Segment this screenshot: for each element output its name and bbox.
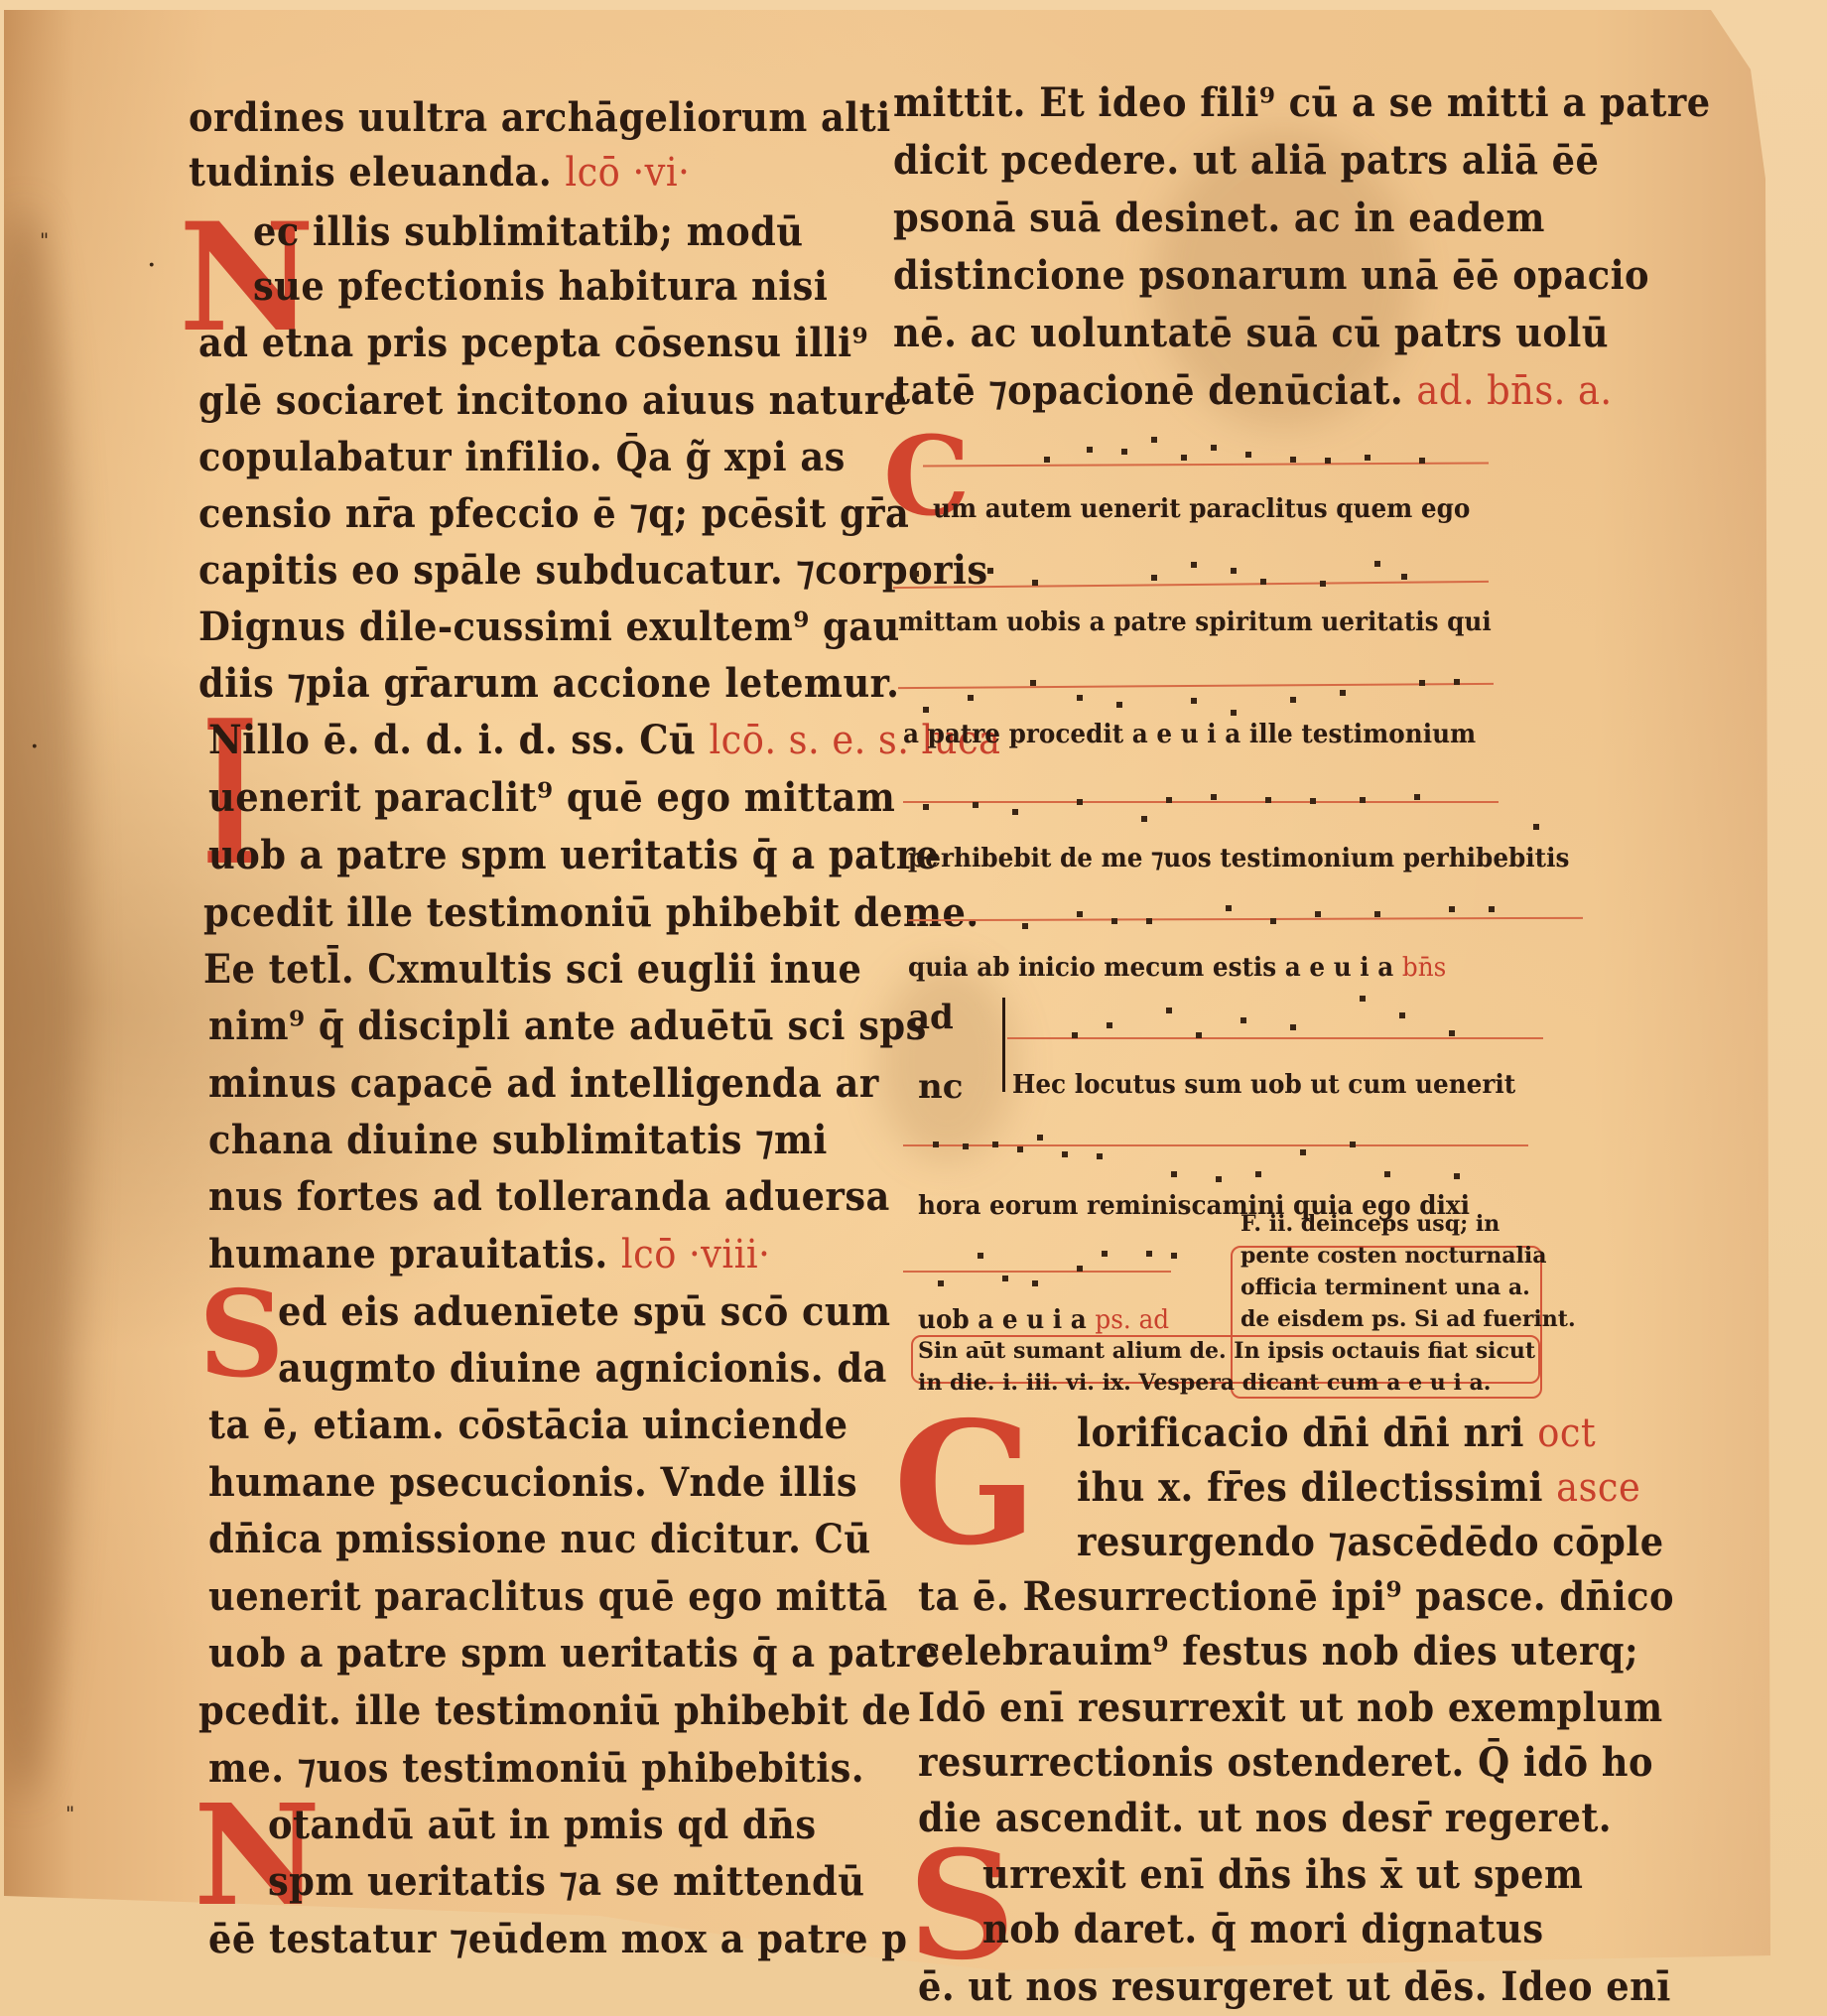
staff-line — [1007, 1037, 1543, 1039]
text-line: celebrauim⁹ festus nob dies uterq; — [918, 1628, 1638, 1675]
text-line: nē. ac uoluntatē suā cū patrs uolū — [893, 310, 1609, 356]
rubric-note-line: de eisdem ps. Si ad fuerint. — [1240, 1306, 1576, 1332]
text-line: humane prauitatis. lcō ·viii· — [208, 1231, 770, 1277]
text-line: tatē ⁊opacionē denūciat. ad. bn̄s. a. — [893, 367, 1613, 414]
margin-rubric: nc — [918, 1067, 963, 1107]
chant-lyric: mittam uobis a patre spiritum ueritatis … — [898, 607, 1492, 637]
text-line: capitis eo spāle subducatur. ⁊corporis — [198, 547, 988, 594]
rubric: lcō ·viii· — [621, 1232, 770, 1277]
margin-mark: " — [65, 1802, 74, 1825]
rubric: oct — [1537, 1411, 1596, 1456]
text-line: ihu x. fr̄es dilectissimi asce — [1077, 1464, 1640, 1511]
staff-line — [903, 801, 1499, 803]
chant-lyric: perhibebit de me ⁊uos testimonium perhib… — [908, 844, 1569, 874]
text-line: augmto diuine agnicionis. da — [278, 1345, 887, 1392]
text-line: sue pfectionis habitura nisi — [253, 263, 828, 310]
chant-lyric: uob a e u i a ps. ad — [918, 1305, 1169, 1335]
rubric: ad. bn̄s. a. — [1416, 368, 1612, 414]
margin-mark: · — [30, 730, 40, 764]
rubric-note-line: F. ii. deinceps usq; in — [1240, 1211, 1500, 1237]
division-bar — [1002, 998, 1005, 1092]
text-line: uenerit paraclitus quē ego mittā — [208, 1573, 888, 1620]
text-line: uob a patre spm ueritatis q̄ a patre — [208, 832, 939, 878]
text-line: diis ⁊pia gr̄arum accione letemur. — [198, 660, 899, 707]
rubric: asce — [1556, 1465, 1640, 1511]
text-line: nim⁹ q̄ discipli ante aduētū sci sps — [208, 1003, 927, 1049]
margin-mark: · — [147, 248, 157, 283]
text-line: ēē testatur ⁊eūdem mox a patre p — [208, 1916, 907, 1962]
text-line: copulabatur infilio. Q̄a g̃ xpi as — [198, 434, 846, 480]
text-line: minus capacē ad intelligenda ar — [208, 1060, 879, 1107]
rubric: bn̄s — [1402, 953, 1446, 983]
text-line: ordines uultra archāgeliorum alti — [189, 94, 891, 141]
text-line: distincione psonarum unā ēē opacio — [893, 252, 1649, 299]
text-line: ed eis aduenīete spū scō cum — [278, 1288, 890, 1335]
text-line: otandū aūt in pmis qd dn̄s — [268, 1802, 817, 1848]
text-line: mittit. Et ideo fili⁹ cū a se mitti a pa… — [893, 79, 1711, 126]
red-initial: G — [893, 1400, 1037, 1568]
text-line: ec illis sublimitatib; modū — [253, 208, 804, 255]
text-line: psonā suā desinet. ac in eadem — [893, 195, 1545, 241]
rubric-note-line: Sin aūt sumant alium de. In ipsis octaui… — [918, 1338, 1535, 1364]
rubric: lcō ·vi· — [565, 150, 690, 196]
rubric-note-line: pente costen nocturnalia — [1240, 1243, 1547, 1269]
chant-lyric: a patre procedit a e u i a ille testimon… — [903, 720, 1476, 749]
water-stain — [877, 963, 1016, 1161]
text-line: nus fortes ad tolleranda aduersa — [208, 1173, 890, 1220]
chant-lyric: quia ab inicio mecum estis a e u i a bn̄… — [908, 953, 1446, 983]
text-line: Dignus dile-cussimi exultem⁹ gau — [198, 604, 900, 650]
chant-lyric: um autem uenerit paraclitus quem ego — [933, 494, 1470, 524]
rubric-note-line: officia terminent una a. — [1240, 1275, 1530, 1300]
text-line: ē. ut nos resurgeret ut dēs. Ideo enī — [918, 1963, 1671, 2010]
text-line: uenerit paraclit⁹ quē ego mittam — [208, 774, 895, 821]
text-line: tudinis eleuanda. lcō ·vi· — [189, 149, 690, 196]
text-line: resurrectionis ostenderet. Q̄ idō ho — [918, 1739, 1653, 1786]
text-line: glē sociaret incitono aiuus nature — [198, 377, 907, 424]
text-line: dicit pcedere. ut aliā patrs aliā ēē — [893, 137, 1599, 184]
text-line: uob a patre spm ueritatis q̄ a patre — [208, 1630, 939, 1677]
margin-rubric: ad — [908, 998, 954, 1037]
text-line: ta ē, etiam. cōstācia uinciende — [208, 1402, 848, 1448]
chant-lyric: Hec locutus sum uob ut cum uenerit — [1012, 1070, 1515, 1100]
edge-darkening — [0, 208, 83, 1797]
text-line: ta ē. Resurrectionē ipi⁹ pasce. dn̄ico — [918, 1573, 1674, 1620]
staff-line — [903, 1271, 1171, 1273]
text-line: pcedit. ille testimoniū phibebit de — [198, 1687, 911, 1734]
text-line: die ascendit. ut nos desr̄ regeret. — [918, 1795, 1612, 1841]
red-initial: S — [198, 1276, 285, 1395]
text-line: ad etna pris pcepta cōsensu illi⁹ — [198, 320, 868, 366]
text-line: resurgendo ⁊ascēdēdo cōple — [1077, 1519, 1664, 1565]
rubric: ps. ad — [1095, 1305, 1169, 1335]
text-line: humane psecucionis. Vnde illis — [208, 1459, 857, 1506]
text-line: pcedit ille testimoniū phibebit deme. — [203, 889, 979, 936]
text-line: spm ueritatis ⁊a se mittendū — [268, 1858, 864, 1905]
text-line: Idō enī resurrexit ut nob exemplum — [918, 1684, 1663, 1731]
text-line: lorificacio dn̄i dn̄i nri oct — [1077, 1410, 1596, 1456]
text-line: Ee tetl̄. Cxmultis sci euglii inue — [203, 946, 861, 993]
text-line: censio nr̄a pfeccio ē ⁊q; pcēsit gr̄a — [198, 490, 909, 537]
text-line: urrexit enī dn̄s ihs x̄ ut spem — [982, 1851, 1583, 1898]
text-line: chana diuine sublimitatis ⁊mi — [208, 1117, 828, 1163]
text-line: Nillo ē. d. d. i. d. ss. Cū lcō. s. e. s… — [208, 717, 1000, 763]
text-line: dn̄ica pmissione nuc dicitur. Cū — [208, 1516, 871, 1562]
margin-mark: " — [40, 228, 49, 252]
text-line: nob daret. q̄ mori dignatus — [982, 1906, 1544, 1952]
